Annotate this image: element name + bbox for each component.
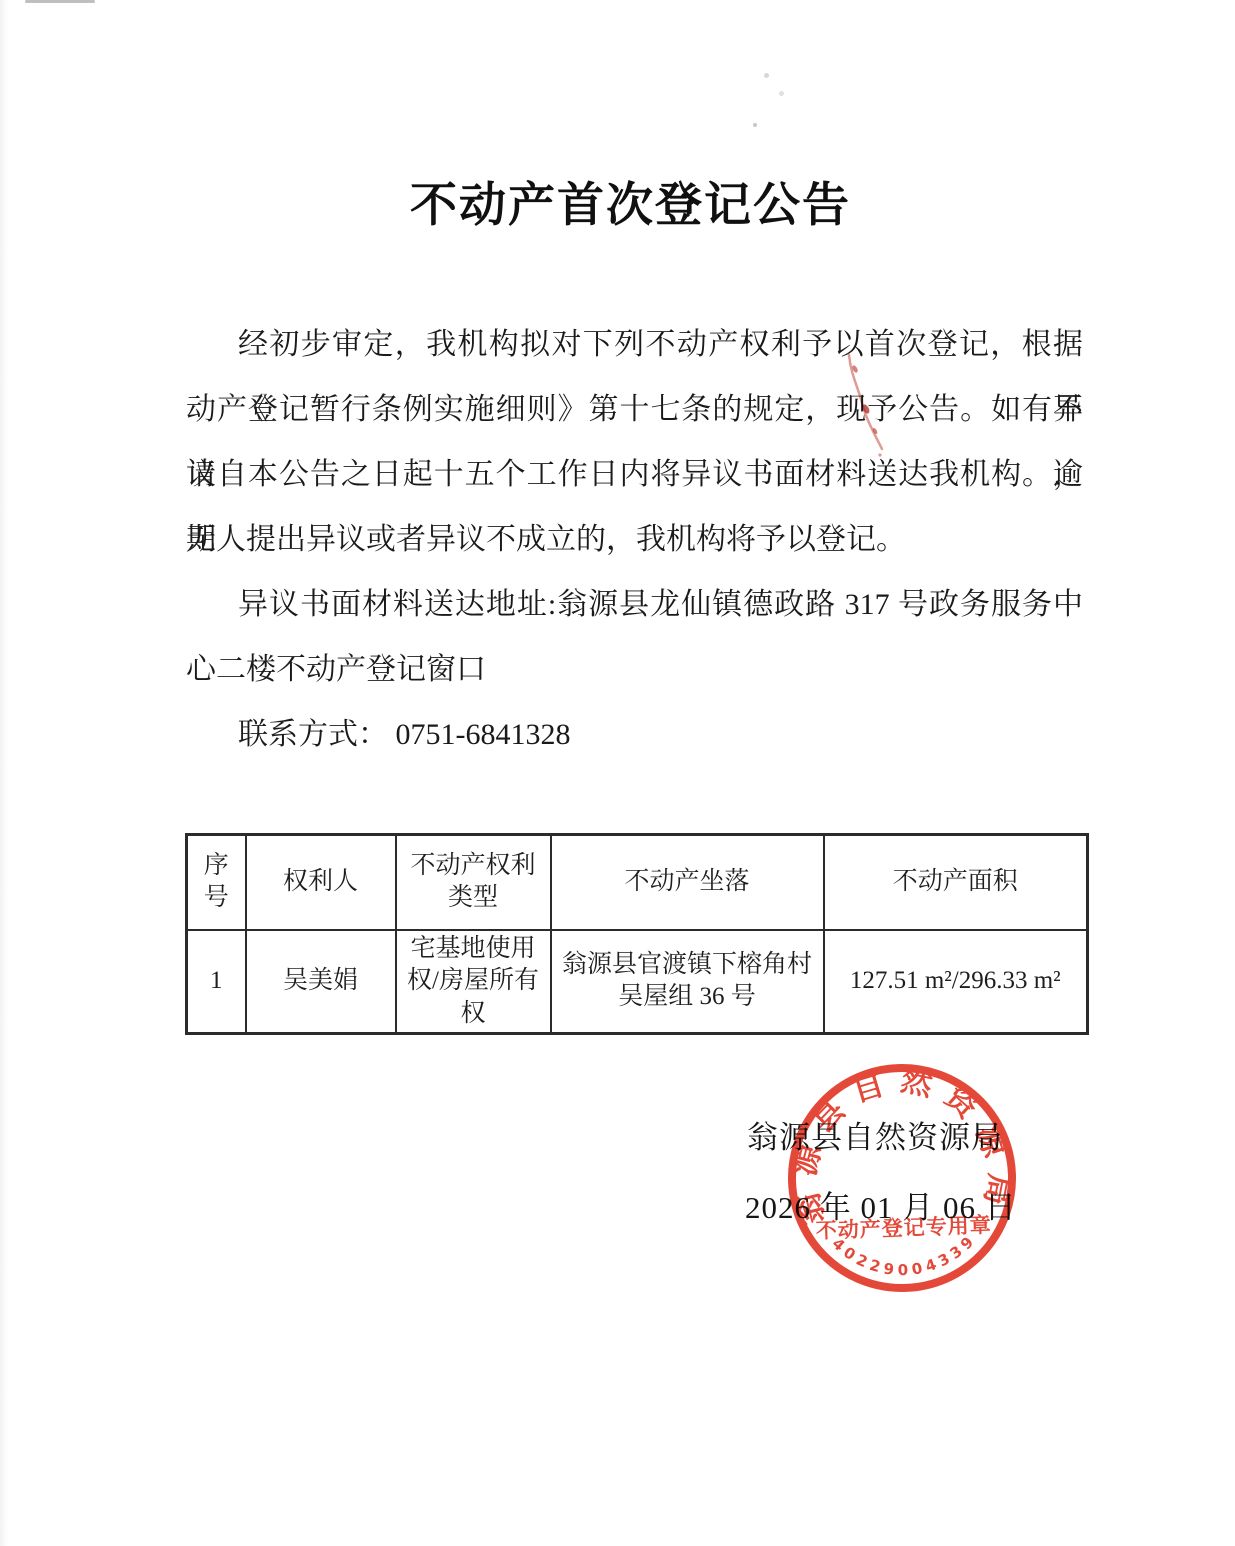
table-header-location: 不动产坐落 xyxy=(551,835,824,930)
registration-table: 序号 权利人 不动产权利类型 不动产坐落 不动产面积 1 吴美娟 宅基地使用权/… xyxy=(185,833,1089,1035)
announcement-body: 经初步审定，我机构拟对下列不动产权利予以首次登记，根据《不 动产登记暂行条例实施… xyxy=(186,312,1083,767)
official-stamp: 翁源县自然资源局 不动产登记专用章 4402290043392 xyxy=(765,1041,1038,1314)
body-line: 无人提出异议或者异议不成立的，我机构将予以登记。 xyxy=(186,507,1083,572)
body-line: 异议书面材料送达地址:翁源县龙仙镇德政路 317 号政务服务中 xyxy=(186,572,1083,637)
red-ink-smudge xyxy=(835,347,905,462)
cell-location: 翁源县官渡镇下榕角村吴屋组 36 号 xyxy=(551,930,824,1034)
scan-speck xyxy=(764,73,769,78)
table-row: 1 吴美娟 宅基地使用权/房屋所有权 翁源县官渡镇下榕角村吴屋组 36 号 12… xyxy=(187,930,1088,1034)
table-header-area: 不动产面积 xyxy=(824,835,1088,930)
scan-speck xyxy=(753,123,757,127)
contact-line: 联系方式： 0751-6841328 xyxy=(186,702,1083,767)
document-page: 不动产首次登记公告 经初步审定，我机构拟对下列不动产权利予以首次登记，根据《不 … xyxy=(0,0,1235,1546)
body-line: 心二楼不动产登记窗口 xyxy=(186,637,1083,702)
svg-text:翁源县自然资源局: 翁源县自然资源局 xyxy=(782,1058,1020,1228)
stamp-arc-text: 翁源县自然资源局 xyxy=(782,1058,1020,1228)
table-header-seq: 序号 xyxy=(187,835,246,930)
body-line: 经初步审定，我机构拟对下列不动产权利予以首次登记，根据《不 xyxy=(186,312,1083,377)
table-header-row: 序号 权利人 不动产权利类型 不动产坐落 不动产面积 xyxy=(187,835,1088,930)
table-header-type: 不动产权利类型 xyxy=(396,835,551,930)
body-line: 动产登记暂行条例实施细则》第十七条的规定，现予公告。如有异议， xyxy=(186,377,1083,442)
table-header-holder: 权利人 xyxy=(246,835,396,930)
scan-speck xyxy=(779,91,784,96)
scan-edge-artifact xyxy=(25,0,95,3)
body-line: 请自本公告之日起十五个工作日内将异议书面材料送达我机构。逾期 xyxy=(186,442,1083,507)
cell-holder: 吴美娟 xyxy=(246,930,396,1034)
cell-type: 宅基地使用权/房屋所有权 xyxy=(396,930,551,1034)
cell-area: 127.51 m²/296.33 m² xyxy=(824,930,1088,1034)
cell-seq: 1 xyxy=(187,930,246,1034)
page-title: 不动产首次登记公告 xyxy=(0,168,1235,235)
